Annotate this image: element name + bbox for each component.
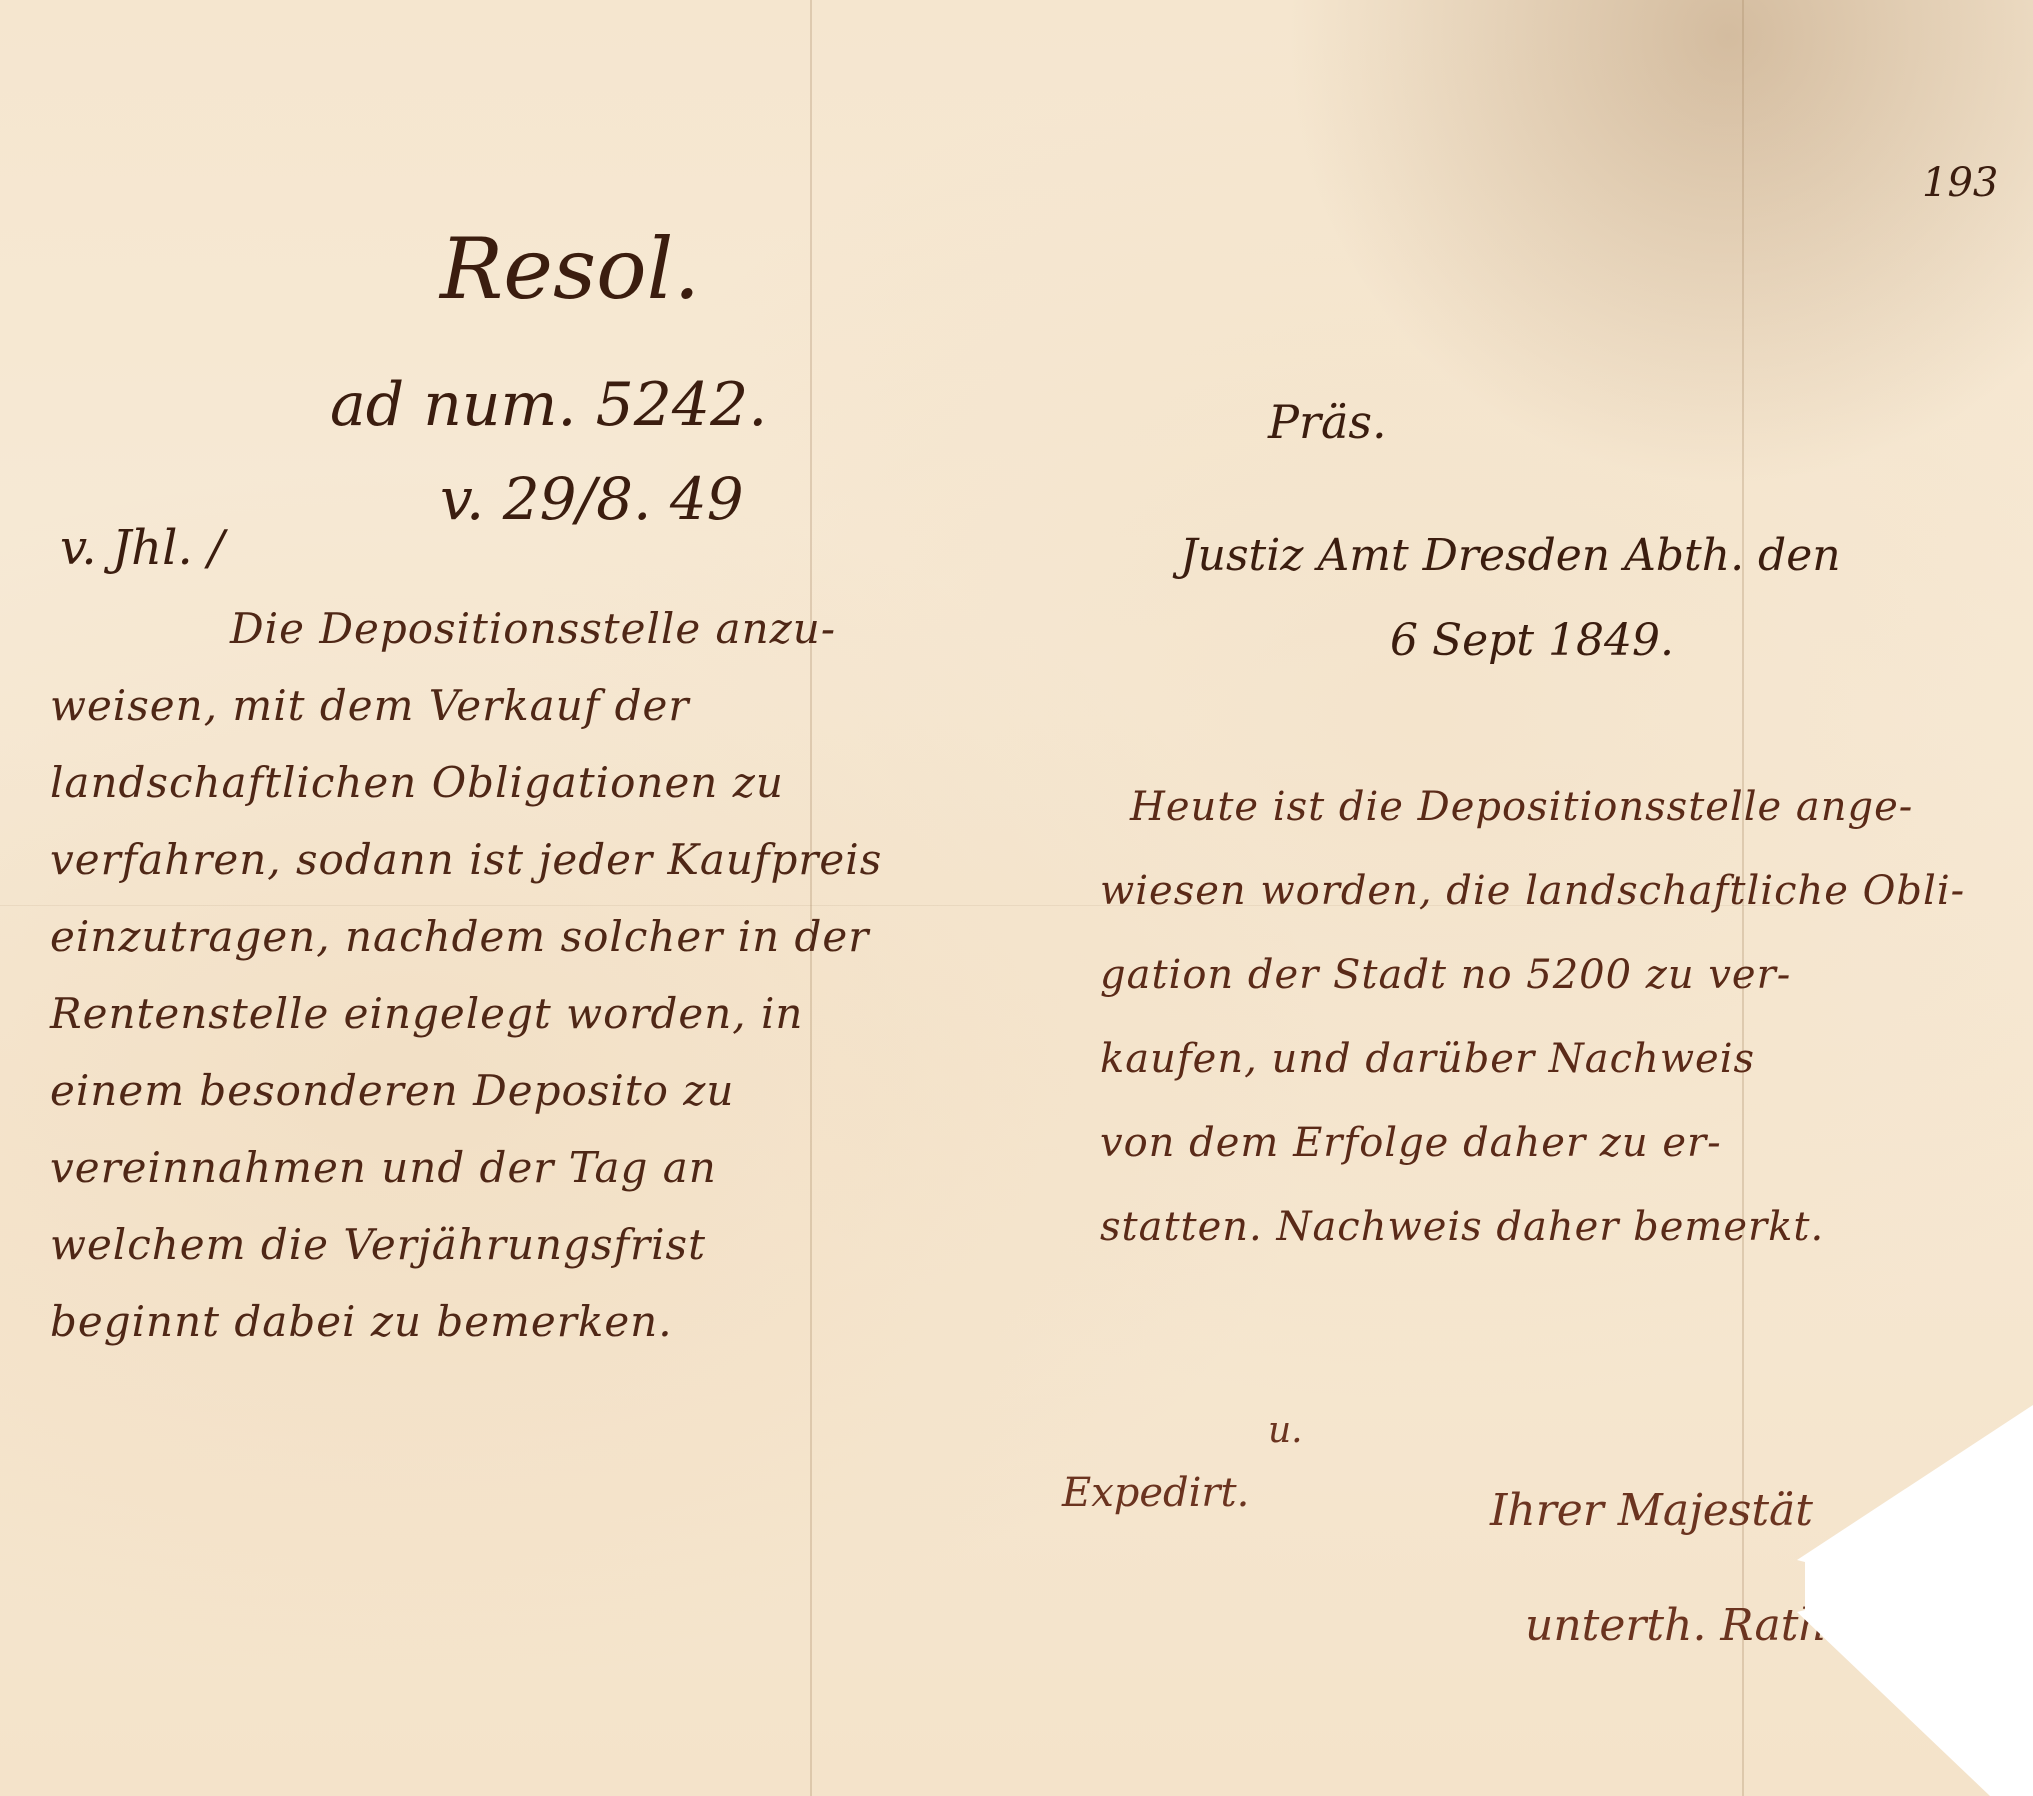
document-paper: Resol. ad num. 5242. v. 29/8. 49 v. Jhl.…	[0, 0, 2033, 1796]
report-line: Heute ist die Depositionsstelle ange-	[1100, 765, 2000, 849]
reference-date: v. 29/8. 49	[440, 465, 744, 533]
page-number: 193	[1922, 160, 1998, 206]
report-body: Heute ist die Depositionsstelle ange- wi…	[1100, 765, 2000, 1269]
marginal-mark: u.	[1268, 1410, 1303, 1451]
report-line: von dem Erfolge daher zu er-	[1100, 1101, 2000, 1185]
resolution-line: einem besonderen Deposito zu	[50, 1052, 1050, 1129]
resolution-line: landschaftlichen Obligationen zu	[50, 744, 1050, 821]
report-office-line: Justiz Amt Dresden Abth. den	[1180, 530, 1841, 581]
closing-expedited: Expedirt.	[1062, 1470, 1249, 1516]
resolution-line: Rentenstelle eingelegt worden, in	[50, 975, 1050, 1052]
report-line: statten. Nachweis daher bemerkt.	[1100, 1185, 2000, 1269]
resolution-line: welchem die Verjährungsfrist	[50, 1206, 1050, 1283]
resolution-line: einzutragen, nachdem solcher in der	[50, 898, 1050, 975]
report-line: wiesen worden, die landschaftliche Obli-	[1100, 849, 2000, 933]
report-line: gation der Stadt no 5200 zu ver-	[1100, 933, 2000, 1017]
resolution-line: weisen, mit dem Verkauf der	[50, 667, 1050, 744]
resolution-line: beginnt dabei zu bemerken.	[50, 1283, 1050, 1360]
resolution-line: verfahren, sodann ist jeder Kaufpreis	[50, 821, 1050, 898]
reference-number: ad num. 5242.	[330, 370, 767, 440]
signature-line-2: unterth. Rath	[1525, 1600, 1827, 1651]
resolution-line: Die Depositionsstelle anzu-	[50, 590, 1050, 667]
salutation: v. Jhl. /	[60, 520, 224, 576]
document-title: Resol.	[440, 220, 700, 318]
report-heading: Präs.	[1268, 395, 1387, 449]
signature-line-1: Ihrer Majestät	[1490, 1485, 1813, 1536]
resolution-line: vereinnahmen und der Tag an	[50, 1129, 1050, 1206]
resolution-body: Die Depositionsstelle anzu- weisen, mit …	[50, 590, 1050, 1360]
report-line: kaufen, und darüber Nachweis	[1100, 1017, 2000, 1101]
report-date-line: 6 Sept 1849.	[1390, 615, 1674, 666]
